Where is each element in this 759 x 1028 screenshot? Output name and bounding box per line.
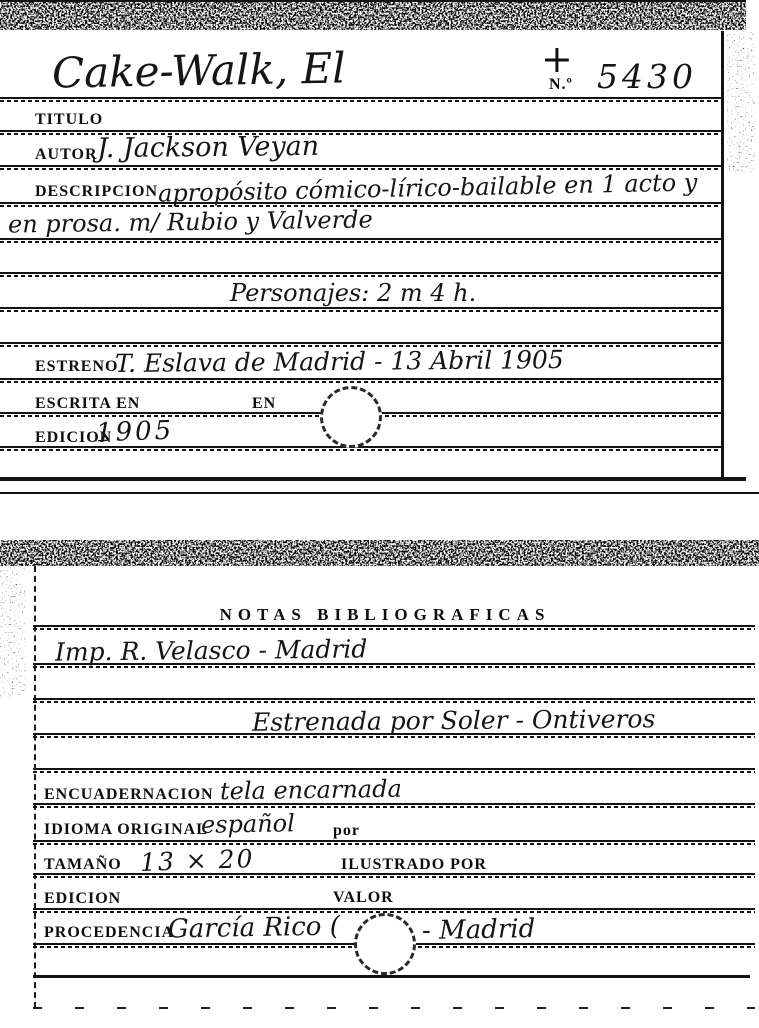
field-label-estreno: ESTRENO bbox=[35, 358, 118, 376]
rule-line bbox=[33, 768, 755, 773]
catalog-number-value: 5430 bbox=[597, 60, 697, 93]
rule-line bbox=[33, 625, 755, 630]
number-label: N.º bbox=[549, 76, 573, 94]
field-value-procedencia-right: - Madrid bbox=[422, 916, 536, 944]
card1-bottom-border bbox=[0, 477, 746, 481]
rule-line bbox=[33, 840, 755, 845]
estrenada-note: Estrenada por Soler - Ontiveros bbox=[252, 706, 656, 735]
card-title-handwritten: Cake-Walk, El bbox=[52, 47, 346, 94]
field-label-edicion-card2: EDICION bbox=[44, 890, 121, 908]
field-label-por: por bbox=[333, 822, 360, 840]
cross-mark: + bbox=[541, 40, 573, 78]
field-label-en: EN bbox=[252, 395, 276, 413]
imprenta-note: Imp. R. Velasco - Madrid bbox=[55, 636, 368, 664]
field-label-encuadernacion: ENCUADERNACION bbox=[44, 786, 214, 804]
hole-punch-card2 bbox=[348, 907, 422, 981]
field-label-tamano: TAMAÑO bbox=[44, 856, 122, 874]
torn-edge-texture-card2-left bbox=[0, 568, 26, 698]
card2-left-border bbox=[34, 566, 36, 1008]
field-label-autor: AUTOR bbox=[35, 146, 98, 164]
field-value-encuadernacion: tela encarnada bbox=[220, 777, 402, 804]
rule-line bbox=[0, 238, 722, 243]
field-value-procedencia-left: García Rico ( bbox=[168, 914, 340, 943]
field-value-autor: J. Jackson Veyan bbox=[97, 133, 319, 162]
torn-edge-texture-card2 bbox=[0, 540, 759, 566]
hole-punch-card1 bbox=[312, 378, 390, 456]
field-label-ilustrado-por: ILUSTRADO POR bbox=[341, 856, 487, 874]
notas-bibliograficas-heading: NOTAS BIBLIOGRAFICAS bbox=[35, 605, 735, 625]
field-value-idioma-original: español bbox=[201, 811, 295, 837]
rule-line bbox=[33, 698, 755, 703]
personajes-note: Personajes: 2 m 4 h. bbox=[230, 281, 476, 305]
field-label-titulo: TITULO bbox=[35, 111, 103, 129]
rule-line bbox=[0, 378, 722, 383]
rule-line bbox=[33, 908, 755, 913]
field-label-idioma-original: IDIOMA ORIGINAL bbox=[44, 821, 208, 839]
card1-top-border bbox=[0, 0, 746, 2]
field-value-tamano: 13 × 20 bbox=[140, 846, 255, 875]
field-label-valor: VALOR bbox=[333, 889, 394, 907]
rule-line bbox=[0, 97, 722, 102]
field-label-escrita-en: ESCRITA EN bbox=[35, 395, 140, 413]
field-value-descripcion-line2: en prosa. m/ Rubio y Valverde bbox=[8, 207, 373, 236]
torn-edge-texture-right bbox=[727, 32, 755, 172]
rule-line bbox=[0, 307, 722, 312]
field-value-edicion: 1905 bbox=[96, 418, 175, 447]
torn-edge-texture-top bbox=[0, 2, 746, 30]
field-label-procedencia: PROCEDENCIA bbox=[44, 924, 174, 942]
rule-line bbox=[0, 272, 722, 277]
card2-bottom-dashed-rule bbox=[33, 1007, 755, 1009]
card1-bottom-rule bbox=[0, 492, 759, 494]
field-label-descripcion: DESCRIPCION bbox=[35, 183, 158, 201]
scanned-catalog-card-page: Cake-Walk, El + N.º 5430 TITULO AUTOR J.… bbox=[0, 0, 759, 1028]
field-value-estreno: T. Eslava de Madrid - 13 Abril 1905 bbox=[115, 347, 564, 376]
card2-bottom-border bbox=[33, 975, 750, 978]
field-value-descripcion-line1: apropósito cómico-lírico-bailable en 1 a… bbox=[158, 170, 698, 205]
